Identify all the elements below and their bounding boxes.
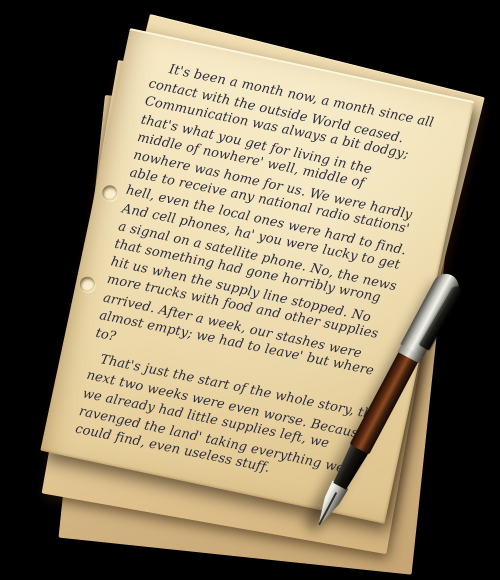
pen-nib-slit	[318, 492, 337, 526]
scene-background: It's been a month now, a month since all…	[0, 0, 500, 580]
